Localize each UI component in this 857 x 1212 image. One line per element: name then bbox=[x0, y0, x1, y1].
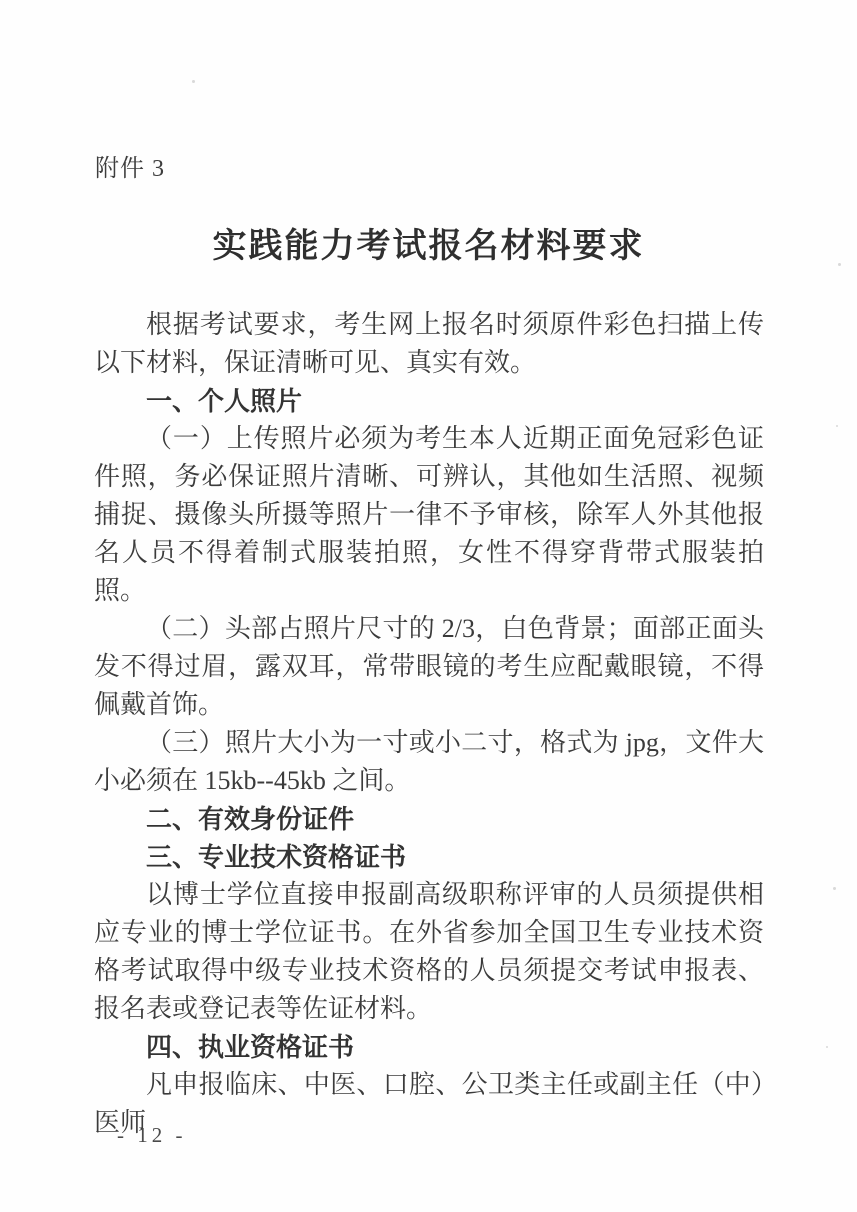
section-heading-2: 二、有效身份证件 bbox=[94, 800, 764, 838]
section-heading-4: 四、执业资格证书 bbox=[94, 1028, 764, 1066]
section-heading-3: 三、专业技术资格证书 bbox=[94, 838, 764, 876]
section-1-paragraph-3: （三）照片大小为一寸或小二寸，格式为 jpg，文件大小必须在 15kb--45k… bbox=[94, 724, 764, 800]
section-4-paragraph-1: 凡申报临床、中医、口腔、公卫类主任或副主任（中）医师 bbox=[94, 1066, 764, 1142]
attachment-label: 附件 3 bbox=[95, 148, 165, 183]
scan-speck bbox=[192, 80, 195, 83]
document-body: 根据考试要求，考生网上报名时须原件彩色扫描上传以下材料，保证清晰可见、真实有效。… bbox=[94, 306, 764, 1142]
scan-speck bbox=[833, 887, 836, 890]
scan-speck bbox=[838, 263, 841, 266]
document-title: 实践能力考试报名材料要求 bbox=[0, 218, 857, 267]
intro-paragraph: 根据考试要求，考生网上报名时须原件彩色扫描上传以下材料，保证清晰可见、真实有效。 bbox=[94, 306, 764, 382]
section-heading-1: 一、个人照片 bbox=[94, 382, 764, 420]
scan-speck bbox=[836, 425, 838, 427]
section-3-paragraph-1: 以博士学位直接申报副高级职称评审的人员须提供相应专业的博士学位证书。在外省参加全… bbox=[94, 876, 764, 1028]
document-page: 附件 3 实践能力考试报名材料要求 根据考试要求，考生网上报名时须原件彩色扫描上… bbox=[0, 0, 857, 1212]
section-1-paragraph-1: （一）上传照片必须为考生本人近期正面免冠彩色证件照，务必保证照片清晰、可辨认，其… bbox=[94, 420, 764, 610]
page-number: - 12 - bbox=[117, 1123, 187, 1148]
scan-speck bbox=[826, 1046, 828, 1048]
section-1-paragraph-2: （二）头部占照片尺寸的 2/3，白色背景；面部正面头发不得过眉，露双耳，常带眼镜… bbox=[94, 610, 764, 724]
